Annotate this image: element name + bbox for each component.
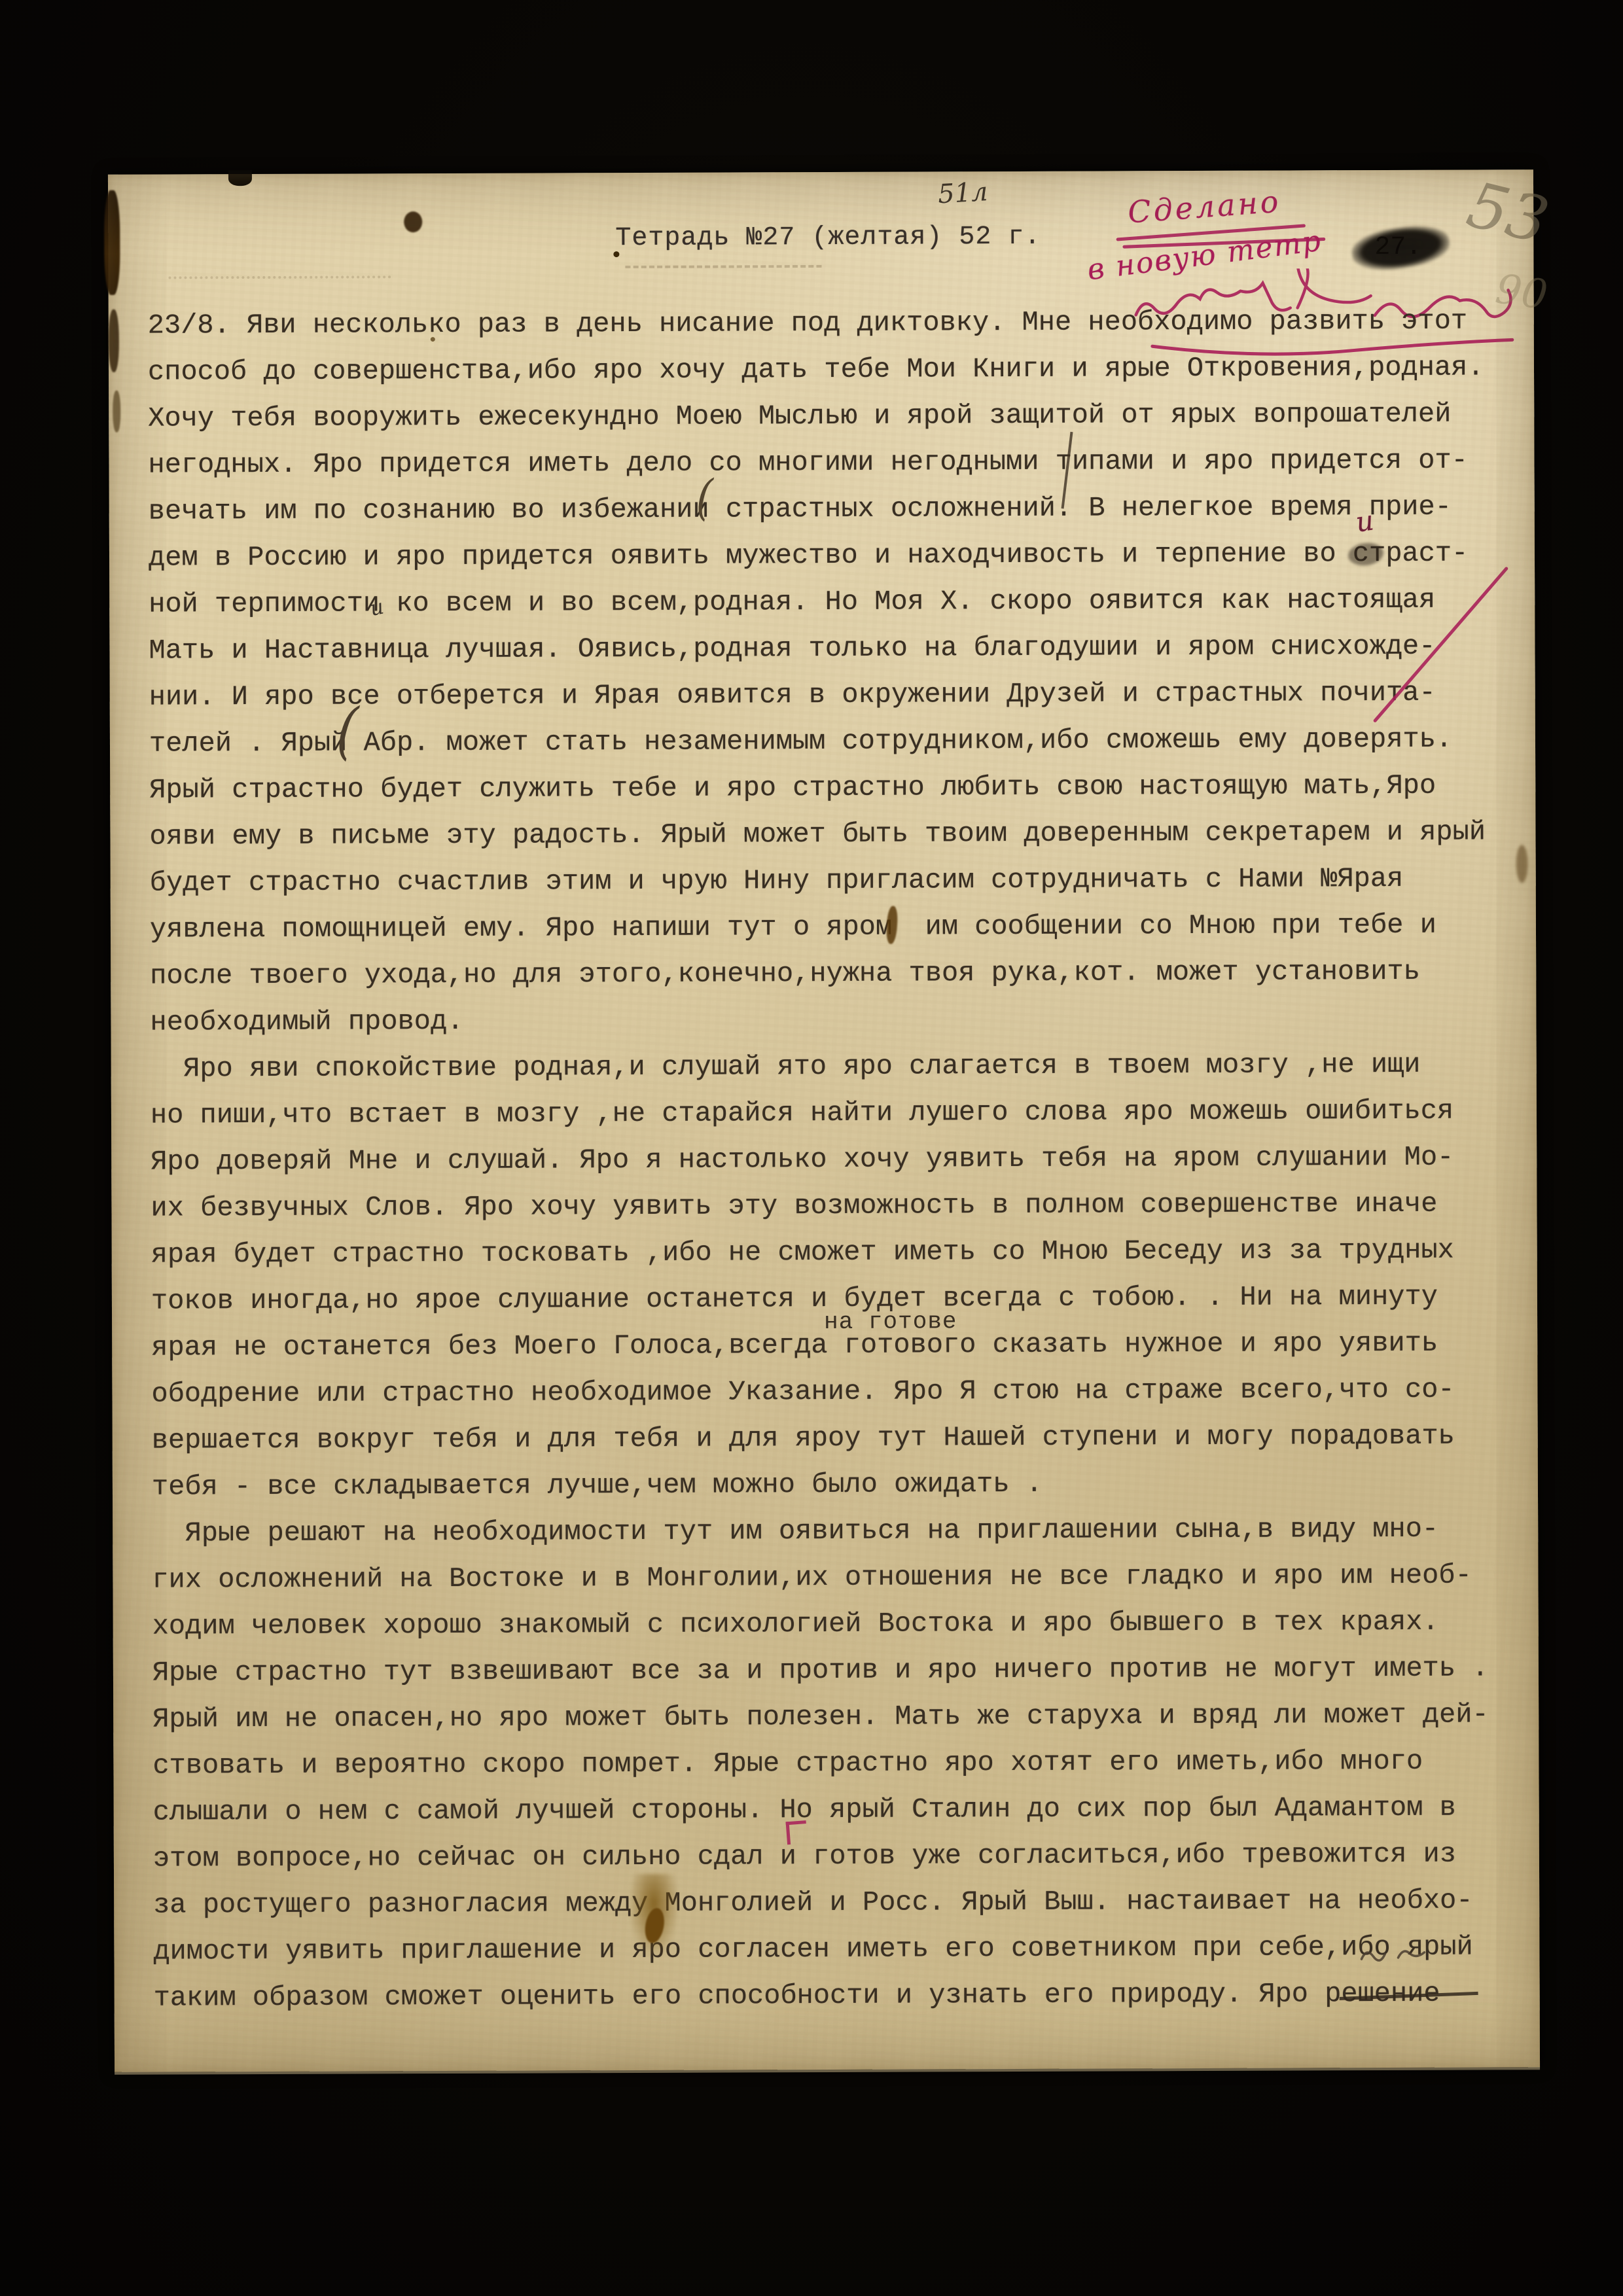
speck: [613, 251, 619, 257]
typed-line: Хочу тебя вооружить ежесекундно Моею Мыс…: [148, 391, 1532, 442]
typewritten-page: 51л Тетрадь №27 (желтая) 52 г. 27. Сдела…: [108, 169, 1540, 2072]
typed-line: Ярые решают на необходимости тут им ояви…: [152, 1506, 1536, 1557]
stain-spot: [1516, 845, 1528, 883]
typed-line: их безвучных Слов. Яро хочу уявить эту в…: [151, 1180, 1535, 1231]
typed-line: но пиши,что встает в мозгу ,не старайся …: [151, 1087, 1535, 1139]
typed-line: ствовать и вероятно скоро помрет. Ярые с…: [152, 1738, 1537, 1789]
typed-line: вершается вокруг тебя и для тебя и для я…: [152, 1413, 1536, 1464]
typed-line: Ярые страстно тут взвешивают все за и пр…: [152, 1645, 1537, 1696]
typed-line: после твоего ухода,но для этого,конечно,…: [150, 948, 1534, 999]
typed-text-block: 23/8. Яви несколько раз в день нисание п…: [148, 298, 1538, 2021]
typed-line: ной терпимости ко всем и во всем,родная.…: [149, 576, 1533, 627]
typed-line: Яро доверяй Мне и слушай. Яро я настольк…: [151, 1134, 1535, 1185]
typed-line: Ярый страстно будет служить тебе и яро с…: [149, 762, 1533, 813]
typed-line: вечать им по сознанию во избежании страс…: [149, 484, 1533, 535]
page-title: Тетрадь №27 (желтая) 52 г.: [615, 222, 1041, 253]
typed-line: таким образом сможет оценить его способн…: [154, 1970, 1538, 2021]
typed-line: уявлена помощницей ему. Яро напиши тут о…: [150, 902, 1534, 953]
typed-line: ходим человек хорошо знакомый с психолог…: [152, 1598, 1537, 1650]
typed-line: ояви ему в письме эту радость. Ярый може…: [149, 809, 1533, 860]
red-handwritten-note-sdelano: Сделано: [1126, 183, 1282, 230]
typed-line: способ до совершенства,ибо яро хочу дать…: [148, 344, 1532, 395]
edge-stain: [104, 190, 120, 295]
edge-stain: [113, 391, 120, 433]
typed-line: слышали о нем с самой лучшей стороны. Но…: [153, 1784, 1537, 1835]
typed-line: тебя - все складывается лучше,чем можно …: [152, 1459, 1536, 1510]
typed-line: ярая будет страстно тосковать ,ибо не см…: [151, 1227, 1535, 1278]
typed-line: Яро яви спокойствие родная,и слушай ято …: [151, 1041, 1535, 1092]
typed-line: необходимый провод.: [150, 995, 1534, 1046]
sheet-number-note: 51л: [937, 177, 989, 209]
typed-line: гих осложнений на Востоке и в Монголии,и…: [152, 1552, 1536, 1603]
edge-stain: [109, 309, 119, 372]
bleed-through-dots: [168, 275, 391, 279]
typed-insertion-na-gotove: на готове: [824, 1308, 957, 1335]
typed-line: Ярый им не опасен,но яро может быть поле…: [152, 1691, 1537, 1742]
typed-line: ободрение или страстно необходимое Указа…: [151, 1366, 1535, 1417]
red-caret-line34: [786, 1820, 808, 1845]
typed-line: негодных. Яро придется иметь дело со мно…: [148, 437, 1532, 488]
pencil-number: 53: [1461, 168, 1556, 258]
ink-smudge-over-number: [1349, 221, 1452, 275]
pencil-scribble-above-last-word: [1357, 1941, 1429, 1967]
typed-line: дем в Россию и яро придется оявить мужес…: [149, 530, 1533, 581]
speck: [431, 337, 435, 342]
typed-line: этом вопросе,но сейчас он сильно сдал и …: [153, 1831, 1537, 1882]
bleed-through-dashes: [625, 265, 821, 268]
typed-line: 23/8. Яви несколько раз в день нисание п…: [148, 298, 1532, 349]
scan-background: { "document": { "sheet_note": "51л", "ti…: [0, 0, 1623, 2296]
typed-line: будет страстно счастлив этим и чрую Нину…: [150, 855, 1534, 906]
edge-notch: [228, 170, 252, 186]
typed-line: за ростущего разногласия между Монголией…: [153, 1877, 1537, 1928]
stain-spot: [404, 211, 422, 232]
typed-line: Мать и Наставница лучшая. Оявись,родная …: [149, 623, 1533, 674]
typed-line: димости уявить приглашение и яро согласе…: [153, 1924, 1537, 1975]
